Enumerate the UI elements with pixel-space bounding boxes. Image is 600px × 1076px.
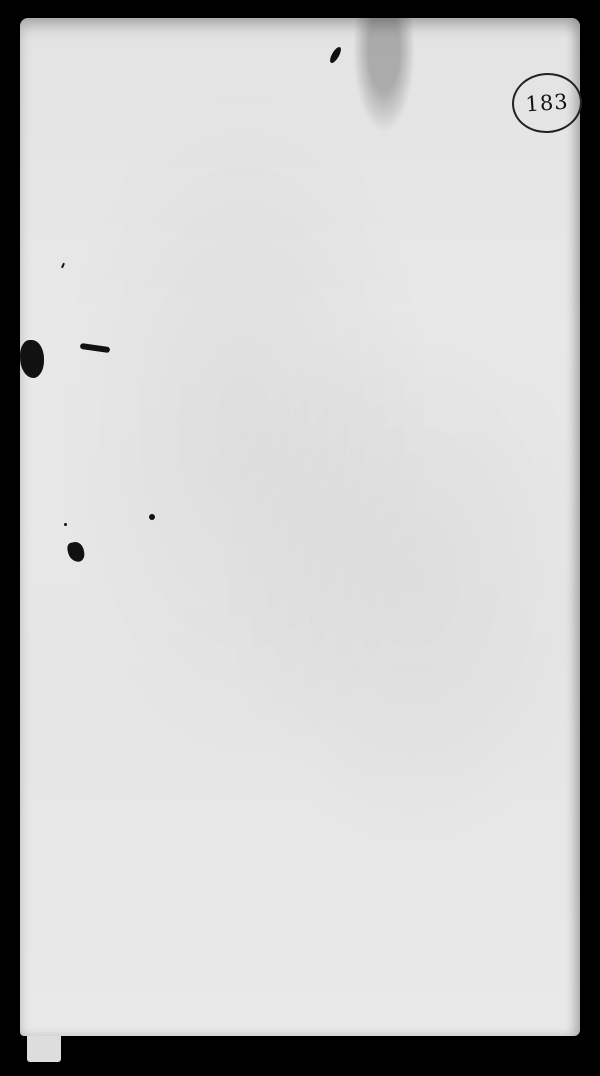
ink-dot-small [64, 523, 67, 526]
ink-dot [149, 514, 155, 520]
page-number: 183 [510, 71, 584, 136]
scanned-page: 183 [20, 18, 580, 1036]
ink-tick-mark [61, 263, 65, 268]
ink-blot-left-edge [20, 340, 44, 378]
page-tab-bottom [27, 1036, 61, 1062]
ink-blot-top [328, 45, 343, 64]
